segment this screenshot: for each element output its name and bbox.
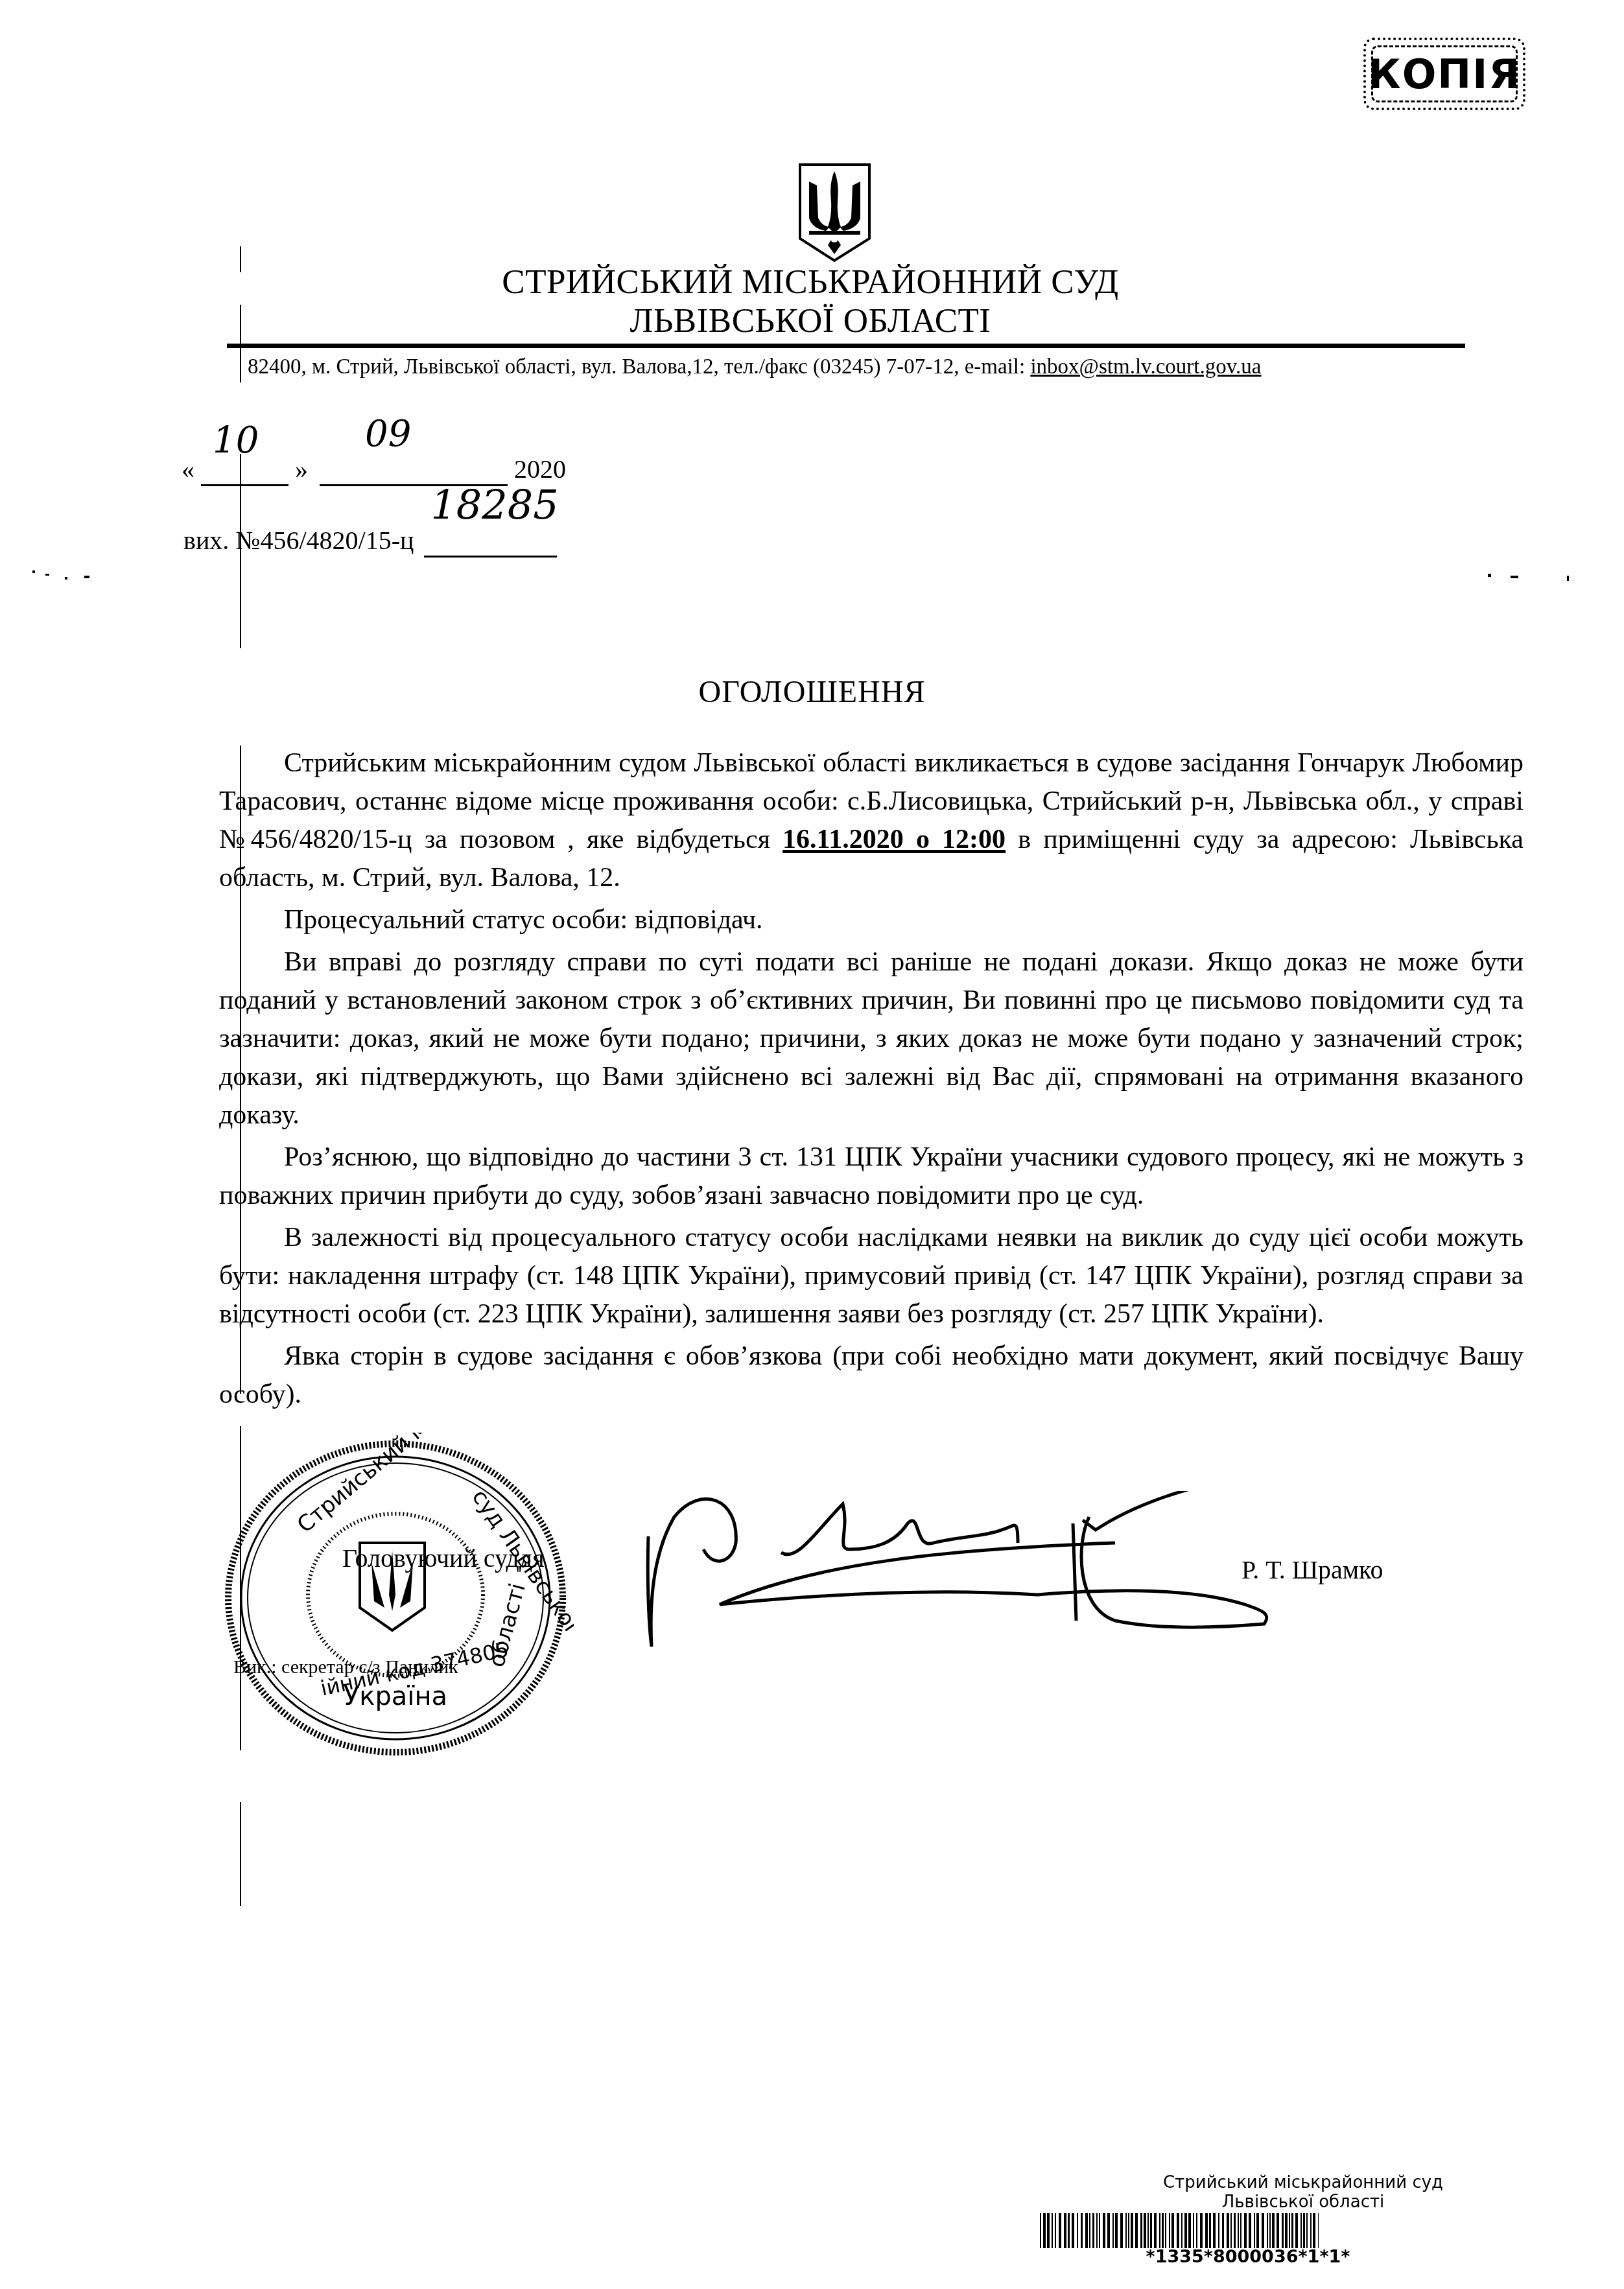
court-address: 82400, м. Стрий, Львівської області, вул… (248, 355, 1261, 379)
reference-number-handwritten: 18285 (430, 485, 558, 525)
paragraph-attendance: Явка сторін в судове засідання є обов’яз… (219, 1337, 1524, 1414)
date-close-quote: » (295, 454, 308, 484)
paragraph-consequences: В залежності від процесуального статусу … (219, 1219, 1524, 1333)
reference-number-field: 18285 (424, 525, 557, 558)
email-link[interactable]: inbox@stm.lv.court.gov.ua (1030, 355, 1261, 379)
paragraph-summons: Стрийським міськрайонним судом Львівсько… (219, 744, 1524, 897)
document-body: Стрийським міськрайонним судом Львівсько… (219, 744, 1524, 1418)
scan-speck (65, 577, 67, 580)
header-divider (227, 344, 1465, 348)
day-handwritten: 10 (213, 423, 259, 459)
document-title: ОГОЛОШЕННЯ (0, 674, 1624, 710)
paragraph-status: Процесуальний статус особи: відповідач. (219, 901, 1524, 939)
date-open-quote: « (182, 454, 194, 484)
copy-stamp: КОПІЯ (1363, 38, 1525, 110)
court-name-line1: СТРИЙСЬКИЙ МІСЬКРАЙОННИЙ СУД (194, 263, 1426, 301)
court-name-line2: ЛЬВІВСЬКОЇ ОБЛАСТІ (194, 301, 1426, 340)
reference-prefix: вих. №456/4820/15-ц (183, 526, 414, 555)
scan-artifact (240, 246, 241, 272)
day-field: 10 (201, 454, 288, 486)
judge-name: Р. Т. Шрамко (1242, 1555, 1383, 1585)
footer-org-line2: Львівської області (1102, 2192, 1504, 2212)
outgoing-reference: вих. №456/4820/15-ц 18285 (183, 525, 557, 558)
scan-artifact (240, 1802, 241, 1906)
handwritten-signature (622, 1491, 1284, 1660)
presiding-judge-label: Головуючий суддя (342, 1543, 545, 1573)
barcode-number: *1335*8000036*1*1* (1102, 2247, 1394, 2267)
scan-artifact (240, 305, 241, 382)
hearing-datetime: 16.11.2020 о 12:00 (783, 825, 1006, 854)
footer-org-line1: Стрийський міськрайонний суд (1102, 2173, 1504, 2192)
court-seal-icon: Україна ійний код 374805 Стрийський місь… (224, 1433, 574, 1757)
address-text: 82400, м. Стрий, Львівської області, вул… (248, 355, 1030, 379)
executor-label: Вик.: секретар с/з Панилик (233, 1656, 458, 1678)
scan-speck (1567, 576, 1569, 581)
scan-speck (45, 574, 49, 576)
month-handwritten: 09 (365, 416, 411, 452)
date-year: 2020 (514, 454, 566, 484)
barcode-icon (1040, 2213, 1319, 2248)
scan-speck (1511, 576, 1518, 578)
ukraine-coat-of-arms-icon (797, 162, 872, 263)
copy-stamp-label: КОПІЯ (1368, 51, 1521, 98)
scan-speck (1488, 574, 1491, 577)
paragraph-notice: Роз’яснюю, що відповідно до частини 3 ст… (219, 1138, 1524, 1215)
scan-speck (32, 570, 35, 573)
svg-text:області: області (484, 1580, 531, 1670)
paragraph-evidence: Ви вправі до розгляду справи по суті под… (219, 943, 1524, 1134)
scan-speck (84, 576, 89, 578)
